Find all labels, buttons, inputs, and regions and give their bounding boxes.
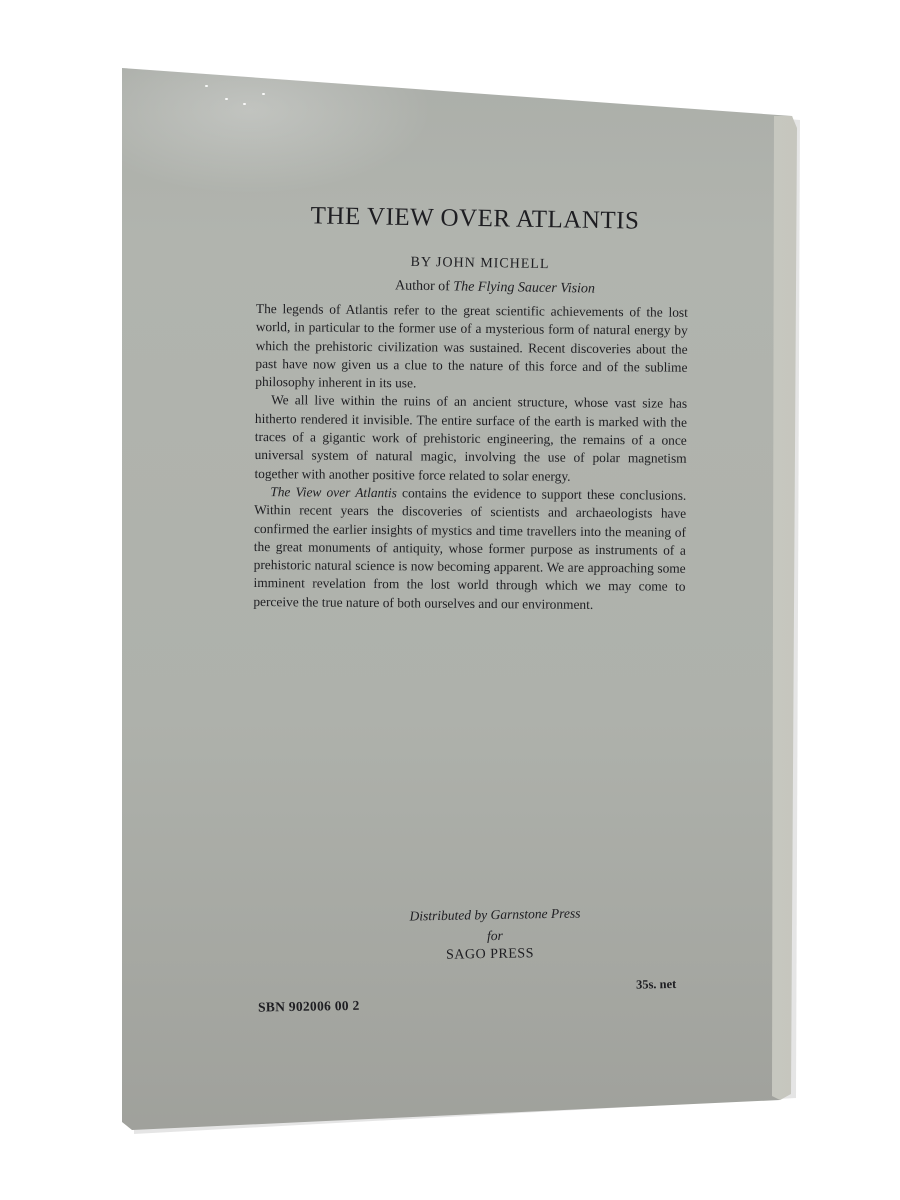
glare-spot [225,98,228,100]
author-previous-work: Author of The Flying Saucer Vision [345,278,645,299]
distributor-line: Distributed by Garnstone Press [370,905,620,925]
blurb-paragraph-1: The legends of Atlantis refer to the gre… [255,300,688,395]
previous-work-title: The Flying Saucer Vision [453,279,595,296]
for-line: for [445,927,545,945]
publisher-name: SAGO PRESS [410,946,570,965]
blurb-paragraph-3-text: contains the evidence to support these c… [253,485,686,611]
blurb-book-title: The View over Atlantis [270,484,397,500]
glare-spot [243,103,246,105]
blurb-paragraph-3: The View over Atlantis contains the evid… [253,483,686,615]
author-of-prefix: Author of [395,278,454,294]
cover-text: THE VIEW OVER ATLANTIS BY JOHN MICHELL A… [0,0,900,1200]
book-title: THE VIEW OVER ATLANTIS [300,202,650,235]
glare-spot [205,85,208,87]
author-byline: BY JOHN MICHELL [355,254,605,274]
price-label: 35s. net [636,976,706,992]
blurb-paragraph-2: We all live within the ruins of an ancie… [254,391,687,486]
sbn-number: SBN 902006 00 2 [258,996,438,1015]
blurb: The legends of Atlantis refer to the gre… [253,300,688,615]
glare-spot [262,93,265,95]
